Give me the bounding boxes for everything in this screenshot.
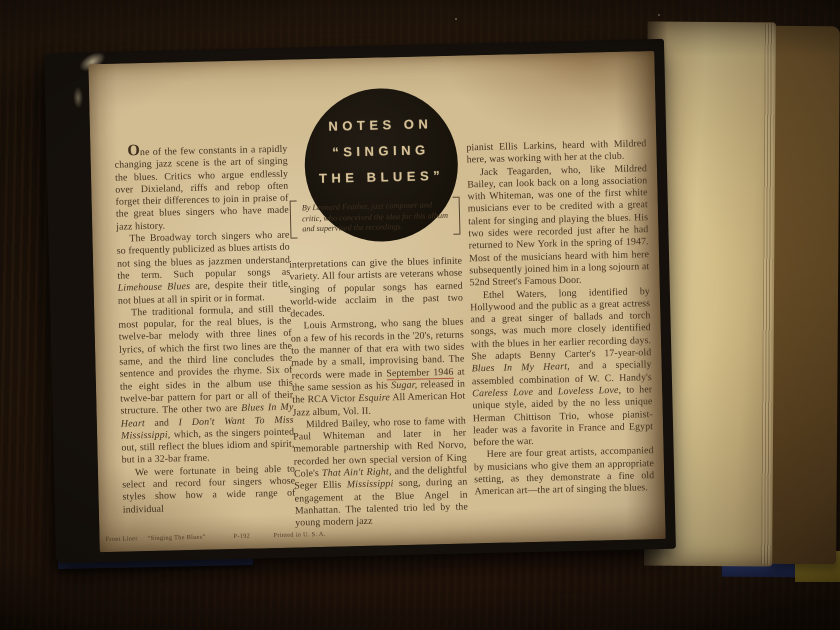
liner-notes-page: NOTES ON “SINGING THE BLUES” By Leonard … <box>88 51 665 552</box>
imprint-album-title: “Singing The Blues” <box>147 534 205 542</box>
badge-line-1: NOTES ON <box>304 111 458 141</box>
paragraph: The traditional formula, and still the m… <box>118 303 295 467</box>
paragraph: Mildred Bailey, who rose to fame with Pa… <box>293 415 469 530</box>
paragraph: Here are four great artists, accompanied… <box>474 446 655 499</box>
paragraph: pianist Ellis Larkins, heard with Mildre… <box>466 138 647 167</box>
worn-edge <box>73 86 84 108</box>
paragraph: The Broadway torch singers who are so fr… <box>116 230 291 308</box>
bracket-left <box>290 200 298 238</box>
bracket-right <box>453 197 461 235</box>
paragraph: interpretations can give the blues infin… <box>289 256 463 322</box>
paragraph: Louis Armstrong, who sang the blues on a… <box>290 317 465 419</box>
page-stack-edges <box>761 24 774 564</box>
badge-line-3: THE BLUES” <box>305 163 459 193</box>
cover-board-edge <box>765 26 840 564</box>
dust-speck <box>455 18 457 20</box>
paragraph: Ethel Waters, long identified by Hollywo… <box>470 286 654 450</box>
dust-speck <box>658 14 660 16</box>
author-credit-text: By Leonard Feather, jazz composer and cr… <box>302 200 449 235</box>
paragraph: We were fortunate in being able to selec… <box>122 463 296 516</box>
imprint-front-liner: Front Liner <box>105 535 137 543</box>
paragraph: Jack Teagarden, who, like Mildred Bailey… <box>467 163 650 290</box>
badge-line-2: “SINGING <box>304 137 458 167</box>
imprint-catalog-number: P-192 <box>233 533 250 540</box>
imprint-printed-usa: Printed in U. S. A. <box>273 531 325 539</box>
liner-column-left: One of the few constants in a rapidly ch… <box>114 142 296 517</box>
liner-notes-photo: NOTES ON “SINGING THE BLUES” By Leonard … <box>0 0 840 630</box>
paragraph: One of the few constants in a rapidly ch… <box>114 142 289 234</box>
album-cover-black: NOTES ON “SINGING THE BLUES” By Leonard … <box>44 39 676 563</box>
author-credit-box: By Leonard Feather, jazz composer and cr… <box>290 197 461 239</box>
liner-column-middle: interpretations can give the blues infin… <box>289 256 468 531</box>
liner-column-right: pianist Ellis Larkins, heard with Mildre… <box>466 138 654 499</box>
